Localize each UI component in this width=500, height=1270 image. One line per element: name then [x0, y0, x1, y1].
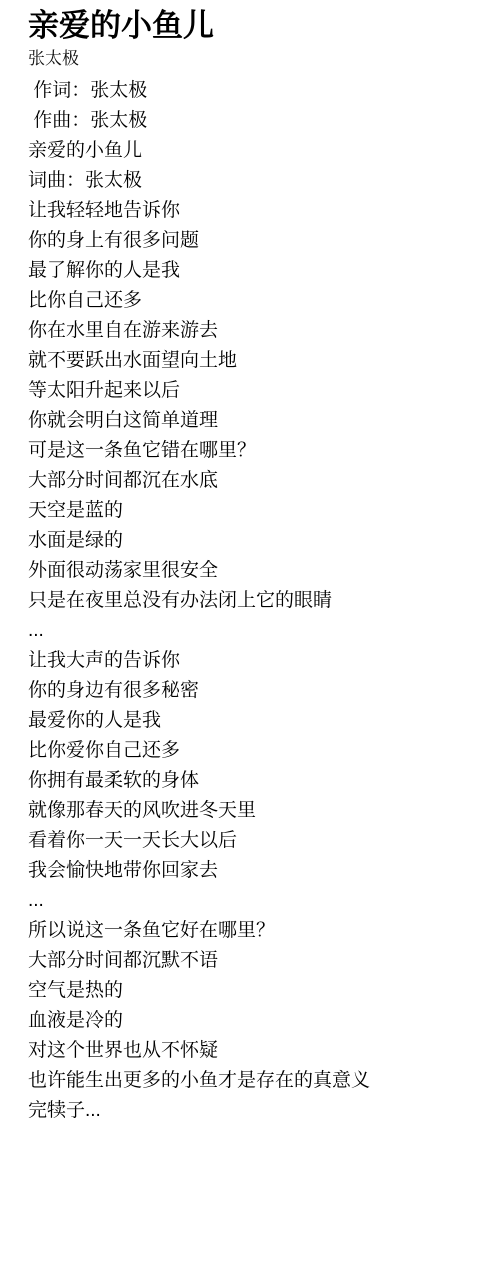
lyric-line: 可是这一条鱼它错在哪里？ [28, 436, 480, 466]
lyric-line: 最了解你的人是我 [28, 256, 480, 286]
lyrics-page: 亲爱的小鱼儿 张太极 作词：张太极 作曲：张太极亲爱的小鱼儿词曲：张太极让我轻轻… [0, 0, 500, 1270]
lyric-line: 你的身上有很多问题 [28, 226, 480, 256]
lyric-line: 只是在夜里总没有办法闭上它的眼睛 [28, 586, 480, 616]
song-title: 亲爱的小鱼儿 [28, 6, 480, 46]
lyric-line: 我会愉快地带你回家去 [28, 856, 480, 886]
lyric-line: ... [28, 886, 480, 916]
lyric-line: 完犊子... [28, 1096, 480, 1126]
lyric-line: 所以说这一条鱼它好在哪里？ [28, 916, 480, 946]
lyric-line: 血液是冷的 [28, 1006, 480, 1036]
lyric-line: 词曲：张太极 [28, 166, 480, 196]
lyric-line: 最爱你的人是我 [28, 706, 480, 736]
lyric-line: 对这个世界也从不怀疑 [28, 1036, 480, 1066]
lyric-line: 大部分时间都沉在水底 [28, 466, 480, 496]
lyric-line: 水面是绿的 [28, 526, 480, 556]
lyric-line: ... [28, 616, 480, 646]
lyrics-block: 作词：张太极 作曲：张太极亲爱的小鱼儿词曲：张太极让我轻轻地告诉你你的身上有很多… [28, 76, 480, 1126]
lyric-line: 就像那春天的风吹进冬天里 [28, 796, 480, 826]
lyric-line: 你拥有最柔软的身体 [28, 766, 480, 796]
lyric-line: 也许能生出更多的小鱼才是存在的真意义 [28, 1066, 480, 1096]
lyric-line: 比你自己还多 [28, 286, 480, 316]
lyric-line: 空气是热的 [28, 976, 480, 1006]
lyric-line: 作曲：张太极 [28, 106, 480, 136]
lyric-line: 外面很动荡家里很安全 [28, 556, 480, 586]
lyric-line: 你在水里自在游来游去 [28, 316, 480, 346]
lyric-line: 亲爱的小鱼儿 [28, 136, 480, 166]
lyric-line: 让我大声的告诉你 [28, 646, 480, 676]
lyric-line: 比你爱你自己还多 [28, 736, 480, 766]
lyric-line: 看着你一天一天长大以后 [28, 826, 480, 856]
lyric-line: 大部分时间都沉默不语 [28, 946, 480, 976]
lyric-line: 作词：张太极 [28, 76, 480, 106]
artist-name: 张太极 [28, 48, 480, 70]
lyric-line: 你的身边有很多秘密 [28, 676, 480, 706]
lyric-line: 就不要跃出水面望向土地 [28, 346, 480, 376]
lyric-line: 让我轻轻地告诉你 [28, 196, 480, 226]
lyric-line: 天空是蓝的 [28, 496, 480, 526]
lyric-line: 你就会明白这简单道理 [28, 406, 480, 436]
lyric-line: 等太阳升起来以后 [28, 376, 480, 406]
